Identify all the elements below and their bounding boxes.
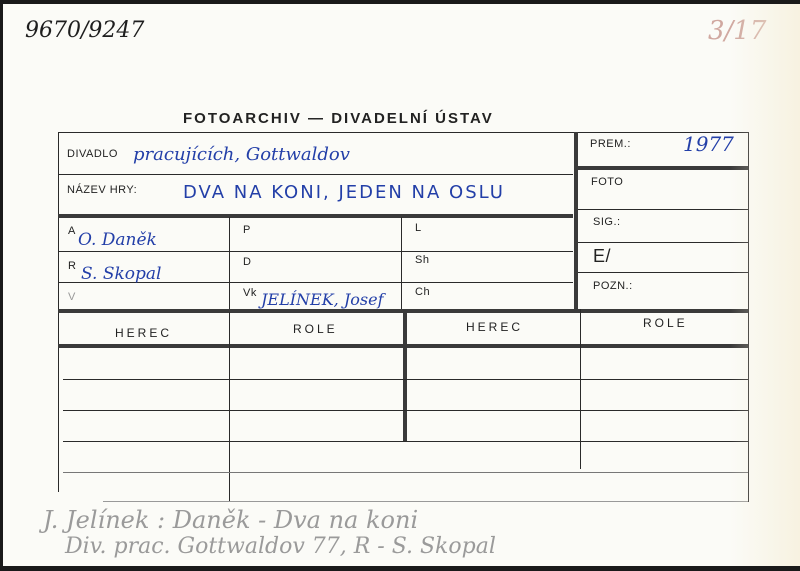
- value-nazev-hry: DVA NA KONI, JEDEN NA OSLU: [183, 182, 505, 203]
- pencil-note-line-2: Div. prac. Gottwaldov 77, R - S. Skopal: [65, 534, 496, 559]
- value-divadlo: pracujících, Gottwaldov: [133, 144, 350, 165]
- right-column-divider: [574, 132, 578, 310]
- table-row-line: [63, 410, 748, 411]
- label-l: L: [415, 222, 422, 234]
- table-row-line: [63, 472, 748, 473]
- label-a: A: [68, 225, 76, 237]
- divider-thick: [403, 312, 407, 442]
- frame-right-line: [748, 132, 749, 502]
- divider-thick: [58, 214, 573, 218]
- cast-header-role-2: ROLE: [643, 316, 688, 330]
- cast-header-role-1: ROLE: [293, 322, 338, 336]
- divider: [578, 209, 748, 210]
- value-r: S. Skopal: [81, 264, 161, 284]
- sheet-number-pencil: 3/17: [708, 16, 766, 46]
- label-sh: Sh: [415, 254, 429, 266]
- pencil-note-line-1: J. Jelínek : Daněk - Dva na koni: [43, 506, 418, 534]
- value-prem: 1977: [683, 132, 734, 156]
- divider: [578, 272, 748, 273]
- label-ch: Ch: [415, 286, 430, 298]
- label-e: E/: [593, 246, 611, 267]
- label-p: P: [243, 224, 251, 236]
- divider: [229, 217, 230, 312]
- label-nazev-hry: NÁZEV HRY:: [67, 184, 137, 196]
- cast-header-herec-2: HEREC: [466, 320, 523, 334]
- table-row-line: [63, 379, 748, 380]
- divider-thick: [578, 166, 748, 170]
- label-foto: FOTO: [591, 176, 623, 188]
- label-prem: PREM.:: [590, 138, 631, 150]
- label-divadlo: DIVADLO: [67, 148, 118, 160]
- divider: [580, 309, 581, 469]
- divider: [578, 242, 748, 243]
- value-vk: JELÍNEK, Josef: [261, 290, 384, 309]
- divider: [58, 251, 573, 252]
- archive-number-handwritten: 9670/9247: [25, 18, 144, 43]
- divider: [401, 217, 402, 312]
- archive-card: 9670/9247 3/17 FOTOARCHIV — DIVADELNÍ ÚS…: [3, 4, 800, 566]
- label-sig: SIG.:: [593, 216, 621, 228]
- label-pozn: POZN.:: [593, 280, 633, 292]
- card-title: FOTOARCHIV — DIVADELNÍ ÚSTAV: [183, 110, 494, 127]
- label-vk: Vk: [243, 287, 257, 299]
- table-row-line: [63, 441, 748, 442]
- label-d: D: [243, 256, 251, 268]
- label-v: V: [68, 291, 76, 303]
- value-a: O. Daněk: [78, 230, 157, 250]
- cast-header-herec-1: HEREC: [115, 326, 172, 340]
- table-row-line: [103, 501, 748, 502]
- frame-top-line: [58, 132, 748, 133]
- label-r: R: [68, 260, 76, 272]
- divider: [58, 174, 573, 175]
- divider: [229, 312, 230, 502]
